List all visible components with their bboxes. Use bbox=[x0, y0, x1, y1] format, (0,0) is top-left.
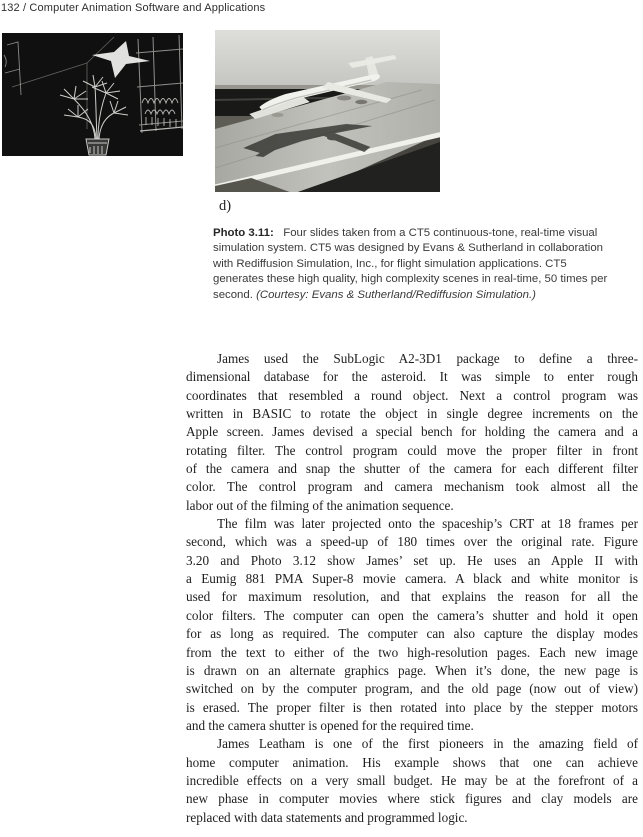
body-text-line: dimensional database for the asteroid. I… bbox=[186, 368, 638, 386]
body-text-line: used for maximum resolution, and that ex… bbox=[186, 588, 638, 606]
body-text-line: The film was later projected onto the sp… bbox=[186, 515, 638, 533]
body-text-line: coordinates that resembled a round objec… bbox=[186, 387, 638, 405]
book-page: 132 / Computer Animation Software and Ap… bbox=[0, 0, 643, 837]
body-text-line: labor out of the filming of the animatio… bbox=[186, 497, 638, 515]
body-text: James used the SubLogic A2-3D1 package t… bbox=[186, 350, 638, 827]
body-text-line: switched on by the computer program, and… bbox=[186, 680, 638, 698]
body-text-line: rotating filter. The control program cou… bbox=[186, 442, 638, 460]
wireframe-room-graphic bbox=[2, 33, 183, 156]
body-text-line: new phase in computer movies where stick… bbox=[186, 790, 638, 808]
body-text-line: home computer animation. His example sho… bbox=[186, 754, 638, 772]
body-text-line: replaced with data statements and progra… bbox=[186, 809, 638, 827]
caption-line: simulation system. CT5 was designed by E… bbox=[213, 241, 643, 256]
body-text-line: 3.20 and Photo 3.12 show James’ set up. … bbox=[186, 552, 638, 570]
airplane-runway-graphic bbox=[215, 30, 440, 192]
body-text-line: James Leatham is one of the first pionee… bbox=[186, 735, 638, 753]
caption-line: Photo 3.11: Four slides taken from a CT5… bbox=[213, 226, 643, 241]
body-text-line: incredible effects on a very small budge… bbox=[186, 772, 638, 790]
body-text-line: color filters. The computer can open the… bbox=[186, 607, 638, 625]
caption-line: with Rediffusion Simulation, Inc., for f… bbox=[213, 257, 643, 272]
photo-caption: Photo 3.11: Four slides taken from a CT5… bbox=[213, 226, 643, 303]
body-text-line: is erased. The proper filter is then rot… bbox=[186, 699, 638, 717]
body-text-line: second, which was a speed-up of 180 time… bbox=[186, 533, 638, 551]
photo-airplane-runway bbox=[215, 30, 440, 192]
caption-line: second. (Courtesy: Evans & Sutherland/Re… bbox=[213, 288, 643, 303]
caption-line: generates these high quality, high compl… bbox=[213, 272, 643, 287]
figure-sublabel-d: d) bbox=[219, 198, 231, 215]
body-text-line: a Eumig 881 PMA Super-8 movie camera. A … bbox=[186, 570, 638, 588]
body-text-line: of the camera and snap the shutter of th… bbox=[186, 460, 638, 478]
body-text-line: James used the SubLogic A2-3D1 package t… bbox=[186, 350, 638, 368]
body-text-line: from the text to either of the two high-… bbox=[186, 644, 638, 662]
body-text-line: is drawn on an alternate graphics page. … bbox=[186, 662, 638, 680]
body-text-line: and the camera shutter is opened for the… bbox=[186, 717, 638, 735]
photo-wireframe-room bbox=[2, 33, 183, 156]
running-head: 132 / Computer Animation Software and Ap… bbox=[1, 2, 265, 15]
body-text-line: for as long as required. The computer ca… bbox=[186, 625, 638, 643]
body-text-line: Apple screen. James devised a special be… bbox=[186, 423, 638, 441]
body-text-line: written in BASIC to rotate the object in… bbox=[186, 405, 638, 423]
body-text-line: color. The control program and camera me… bbox=[186, 478, 638, 496]
